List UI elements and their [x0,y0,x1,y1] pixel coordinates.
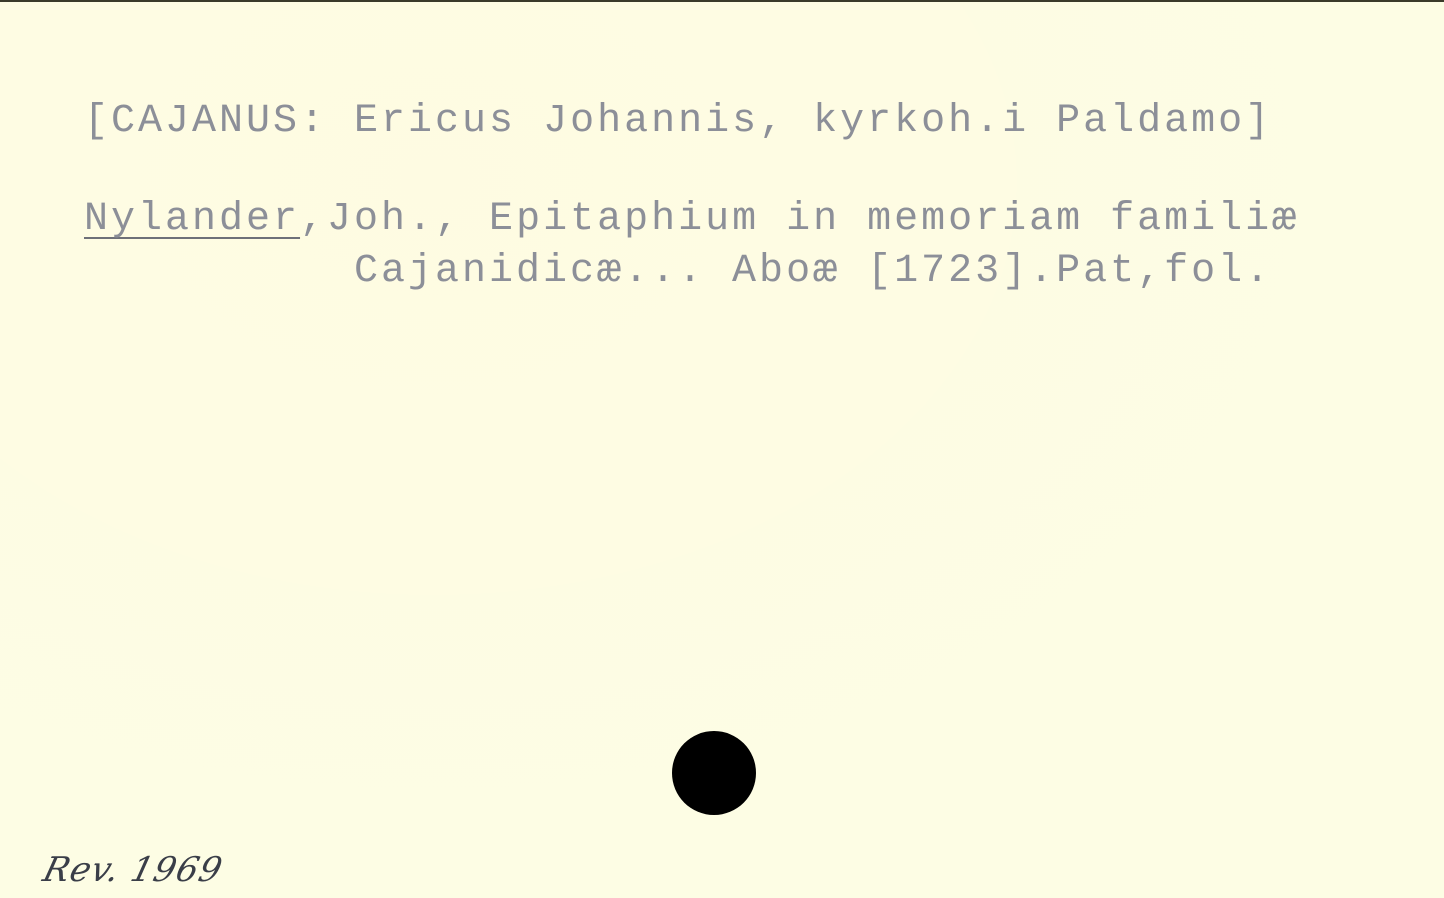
punch-hole [672,731,756,815]
handwritten-revision-note: Rev. 1969 [39,850,227,890]
card-heading: [CAJANUS: Ericus Johannis, kyrkoh.i Pald… [84,102,1272,142]
catalog-card: [CAJANUS: Ericus Johannis, kyrkoh.i Pald… [0,0,1444,898]
entry-title-part-1: ,Joh., Epitaphium in memoriam familiæ [300,197,1299,242]
author-name: Nylander [84,197,300,242]
entry-line-1: Nylander,Joh., Epitaphium in memoriam fa… [84,200,1299,240]
entry-line-2: Cajanidicæ... Aboæ [1723].Pat,fol. [354,252,1272,292]
